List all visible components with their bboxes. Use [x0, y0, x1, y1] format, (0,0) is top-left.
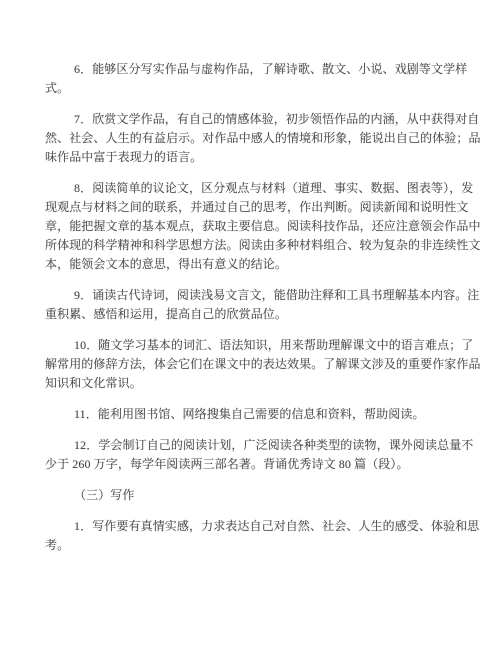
text-line: 式。 — [45, 79, 462, 98]
paragraph-reading-item-8: 8．阅读简单的议论文，区分观点与材料（道理、事实、数据、图表等），发 现观点与材… — [45, 179, 462, 274]
text-line: 知识和文化常识。 — [45, 374, 462, 393]
paragraph-reading-item-10: 10．随文学习基本的词汇、语法知识，用来帮助理解课文中的语言难点；了 解常用的修… — [45, 336, 462, 393]
document-page: 6．能够区分写实作品与虚构作品，了解诗歌、散文、小说、戏剧等文学样 式。 7．欣… — [0, 0, 500, 647]
text-line: 1．写作要有真情实感，力求表达自己对自然、社会、人生的感受、体验和思 — [45, 517, 462, 536]
text-line: 现观点与材料之间的联系，并通过自己的思考，作出判断。阅读新闻和说明性文 — [45, 198, 462, 217]
text-line: 6．能够区分写实作品与虚构作品，了解诗歌、散文、小说、戏剧等文学样 — [45, 60, 462, 79]
text-line: 重积累、感悟和运用，提高自己的欣赏品位。 — [45, 305, 462, 324]
paragraph-reading-item-11: 11．能利用图书馆、网络搜集自己需要的信息和资料，帮助阅读。 — [45, 405, 462, 424]
paragraph-reading-item-6: 6．能够区分写实作品与虚构作品，了解诗歌、散文、小说、戏剧等文学样 式。 — [45, 60, 462, 98]
text-line: 12．学会制订自己的阅读计划，广泛阅读各种类型的读物，课外阅读总量不 — [45, 436, 462, 455]
text-line: 10．随文学习基本的词汇、语法知识，用来帮助理解课文中的语言难点；了 — [45, 336, 462, 355]
text-line: 解常用的修辞方法，体会它们在课文中的表达效果。了解课文涉及的重要作家作品 — [45, 355, 462, 374]
section-heading-text: （三）写作 — [45, 486, 462, 505]
text-line: 然、社会、人生的有益启示。对作品中感人的情境和形象，能说出自己的体验；品 — [45, 129, 462, 148]
paragraph-reading-item-9: 9．诵读古代诗词，阅读浅易文言文，能借助注释和工具书理解基本内容。注 重积累、感… — [45, 286, 462, 324]
paragraph-reading-item-12: 12．学会制订自己的阅读计划，广泛阅读各种类型的读物，课外阅读总量不 少于 26… — [45, 436, 462, 474]
text-line: 所体现的科学精神和科学思想方法。阅读由多种材料组合、较为复杂的非连续性文 — [45, 236, 462, 255]
section-heading-writing: （三）写作 — [45, 486, 462, 505]
text-line: 11．能利用图书馆、网络搜集自己需要的信息和资料，帮助阅读。 — [45, 405, 462, 424]
text-line: 味作品中富于表现力的语言。 — [45, 148, 462, 167]
text-line: 9．诵读古代诗词，阅读浅易文言文，能借助注释和工具书理解基本内容。注 — [45, 286, 462, 305]
paragraph-reading-item-7: 7．欣赏文学作品，有自己的情感体验，初步领悟作品的内涵，从中获得对自 然、社会、… — [45, 110, 462, 167]
text-line: 本，能领会文本的意思，得出有意义的结论。 — [45, 255, 462, 274]
paragraph-writing-item-1: 1．写作要有真情实感，力求表达自己对自然、社会、人生的感受、体验和思 考。 — [45, 517, 462, 555]
text-line: 7．欣赏文学作品，有自己的情感体验，初步领悟作品的内涵，从中获得对自 — [45, 110, 462, 129]
text-line: 少于 260 万字，每学年阅读两三部名著。背诵优秀诗文 80 篇（段）。 — [45, 455, 462, 474]
text-line: 考。 — [45, 536, 462, 555]
text-line: 章，能把握文章的基本观点，获取主要信息。阅读科技作品，还应注意领会作品中 — [45, 217, 462, 236]
text-line: 8．阅读简单的议论文，区分观点与材料（道理、事实、数据、图表等），发 — [45, 179, 462, 198]
